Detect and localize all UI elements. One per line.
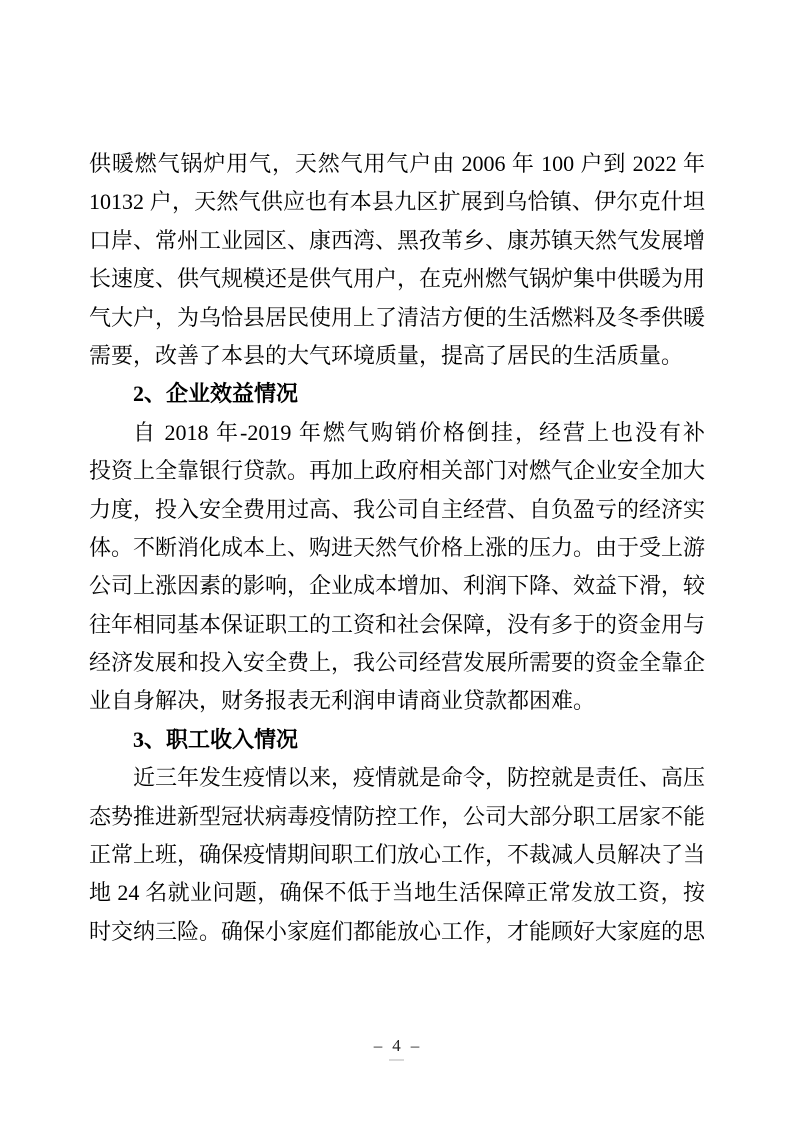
paragraph-line: 需要，改善了本县的大气环境质量，提高了居民的生活质量。 [89,337,705,375]
paragraph-line: 口岸、常州工业园区、康西湾、黑孜苇乡、康苏镇天然气发展增 [89,222,705,260]
paragraph-line: 力度，投入安全费用过高、我公司自主经营、自负盈亏的经济实 [89,491,705,529]
paragraph-line: 公司上涨因素的影响，企业成本增加、利润下降、效益下滑，较 [89,567,705,605]
paragraph-line: 近三年发生疫情以来，疫情就是命令，防控就是责任、高压 [89,759,705,797]
paragraph-line: 长速度、供气规模还是供气用户，在克州燃气锅炉集中供暖为用 [89,260,705,298]
paragraph-line: 自 2018 年-2019 年燃气购销价格倒挂，经营上也没有补贴， [89,414,705,452]
page-number-dash-right: – [411,1033,420,1059]
page-number: 4 [389,1033,404,1061]
paragraph-line: 经济发展和投入安全费上，我公司经营发展所需要的资金全靠企 [89,644,705,682]
section-heading: 2、企业效益情况 [89,375,705,413]
paragraph-line: 态势推进新型冠状病毒疫情防控工作，公司大部分职工居家不能 [89,798,705,836]
paragraph-line: 时交纳三险。确保小家庭们都能放心工作，才能顾好大家庭的思 [89,913,705,951]
paragraph-line: 正常上班，确保疫情期间职工们放心工作，不裁减人员解决了当 [89,836,705,874]
section-heading: 3、职工收入情况 [89,721,705,759]
document-body: 供暖燃气锅炉用气，天然气用气户由 2006 年 100 户到 2022 年 10… [89,145,705,951]
paragraph-line: 往年相同基本保证职工的工资和社会保障，没有多于的资金用与 [89,606,705,644]
paragraph-line: 地 24 名就业问题，确保不低于当地生活保障正常发放工资，按 [89,874,705,912]
paragraph-line: 10132 户，天然气供应也有本县九区扩展到乌恰镇、伊尔克什坦 [89,183,705,221]
paragraph-line: 体。不断消化成本上、购进天然气价格上涨的压力。由于受上游 [89,529,705,567]
page-number-dash-left: – [374,1033,383,1059]
paragraph-line: 业自身解决，财务报表无利润申请商业贷款都困难。 [89,682,705,720]
paragraph-line: 投资上全靠银行贷款。再加上政府相关部门对燃气企业安全加大 [89,452,705,490]
paragraph-line: 供暖燃气锅炉用气，天然气用气户由 2006 年 100 户到 2022 年 [89,145,705,183]
page-footer: –4– [0,1033,793,1061]
document-page: 供暖燃气锅炉用气，天然气用气户由 2006 年 100 户到 2022 年 10… [0,0,793,1122]
paragraph-line: 气大户，为乌恰县居民使用上了清洁方便的生活燃料及冬季供暖 [89,299,705,337]
